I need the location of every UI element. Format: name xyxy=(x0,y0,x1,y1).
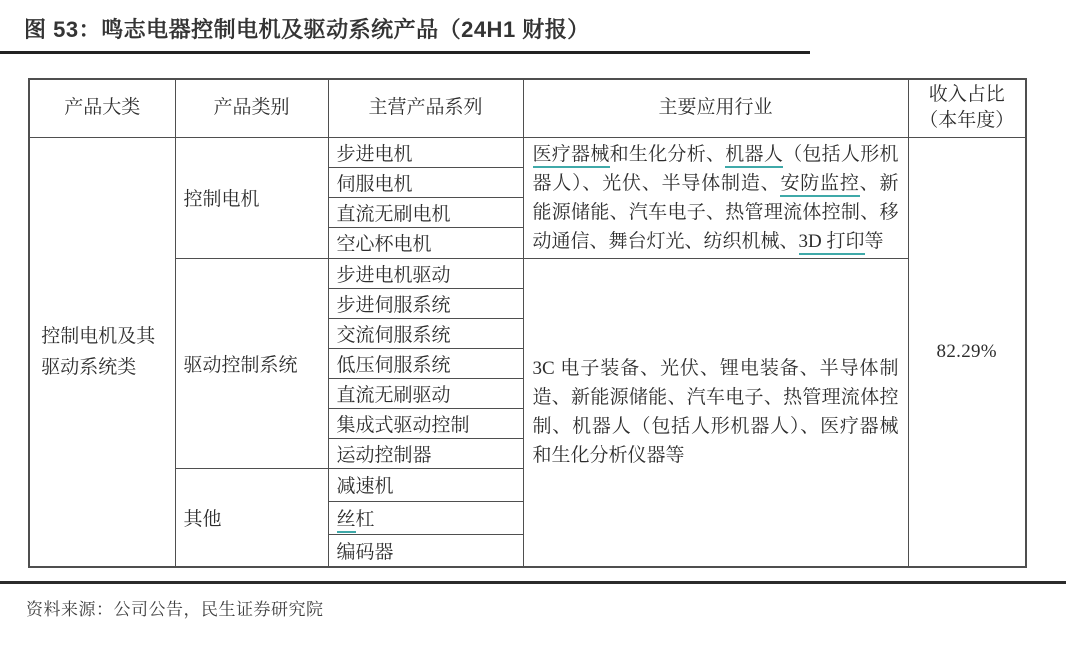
cell-revenue-share: 82.29% xyxy=(908,137,1026,567)
cell-series-encoder: 编码器 xyxy=(328,534,523,567)
cell-category-control-motors: 控制电机 xyxy=(175,137,328,258)
cell-series-ac-servo-system: 交流伺服系统 xyxy=(328,318,523,348)
app-text-segment: 等 xyxy=(865,231,884,252)
page-title: 图 53：鸣志电器控制电机及驱动系统产品（24H1 财报） xyxy=(0,0,1066,44)
table-row: 控制电机及其驱动系统类 控制电机 步进电机 医疗器械和生化分析、机器人（包括人形… xyxy=(29,137,1026,167)
app-link-robots[interactable]: 机器人 xyxy=(725,144,783,168)
app-link-medical-devices[interactable]: 医疗器械 xyxy=(533,144,610,168)
series-text-rest: 杠 xyxy=(356,509,375,530)
revenue-header-line2: （本年度） xyxy=(919,110,1014,131)
cell-category-drive-control-systems: 驱动控制系统 xyxy=(175,258,328,468)
report-figure-page: 图 53：鸣志电器控制电机及驱动系统产品（24H1 财报） 产品大类 产品类别 … xyxy=(0,0,1066,648)
source-text: 资料来源：公司公告，民生证券研究院 xyxy=(26,595,1066,620)
cell-category-others: 其他 xyxy=(175,468,328,567)
col-header-category: 产品类别 xyxy=(175,79,328,137)
cell-series-stepper-motor: 步进电机 xyxy=(328,137,523,167)
cell-series-servo-motor: 伺服电机 xyxy=(328,167,523,197)
app-text-segment: 和生化分析、 xyxy=(610,144,726,165)
app-link-security-monitoring[interactable]: 安防监控 xyxy=(780,173,859,197)
cell-series-coreless-motor: 空心杯电机 xyxy=(328,228,523,258)
cell-series-brushless-dc-motor: 直流无刷电机 xyxy=(328,198,523,228)
cell-series-stepper-drive: 步进电机驱动 xyxy=(328,258,523,288)
cell-series-motion-controller: 运动控制器 xyxy=(328,438,523,468)
major-category-label: 控制电机及其驱动系统类 xyxy=(41,321,163,383)
col-header-revenue-share: 收入占比（本年度） xyxy=(908,79,1026,137)
cell-series-lead-screw: 丝杠 xyxy=(328,501,523,534)
cell-series-reducer: 减速机 xyxy=(328,468,523,501)
header-row: 产品大类 产品类别 主营产品系列 主要应用行业 收入占比（本年度） xyxy=(29,79,1026,137)
revenue-header-line1: 收入占比 xyxy=(929,84,1005,105)
series-link-silk[interactable]: 丝 xyxy=(337,509,356,533)
col-header-series: 主营产品系列 xyxy=(328,79,523,137)
title-rule xyxy=(0,51,810,54)
cell-series-stepper-servo-system: 步进伺服系统 xyxy=(328,288,523,318)
cell-series-brushless-dc-drive: 直流无刷驱动 xyxy=(328,378,523,408)
cell-applications-drives: 3C 电子装备、光伏、锂电装备、半导体制造、新能源储能、汽车电子、热管理流体控制… xyxy=(523,258,908,567)
products-table: 产品大类 产品类别 主营产品系列 主要应用行业 收入占比（本年度） 控制电机及其… xyxy=(28,78,1027,568)
app-link-3d-printing[interactable]: 3D 打印 xyxy=(799,231,865,255)
col-header-applications: 主要应用行业 xyxy=(523,79,908,137)
table-row: 驱动控制系统 步进电机驱动 3C 电子装备、光伏、锂电装备、半导体制造、新能源储… xyxy=(29,258,1026,288)
cell-series-integrated-drive-control: 集成式驱动控制 xyxy=(328,408,523,438)
cell-applications-motors: 医疗器械和生化分析、机器人（包括人形机器人）、光伏、半导体制造、安防监控、新能源… xyxy=(523,137,908,258)
cell-series-low-voltage-servo-system: 低压伺服系统 xyxy=(328,348,523,378)
footer-rule xyxy=(0,581,1066,584)
col-header-major-category: 产品大类 xyxy=(29,79,175,137)
cell-major-category: 控制电机及其驱动系统类 xyxy=(29,137,175,567)
